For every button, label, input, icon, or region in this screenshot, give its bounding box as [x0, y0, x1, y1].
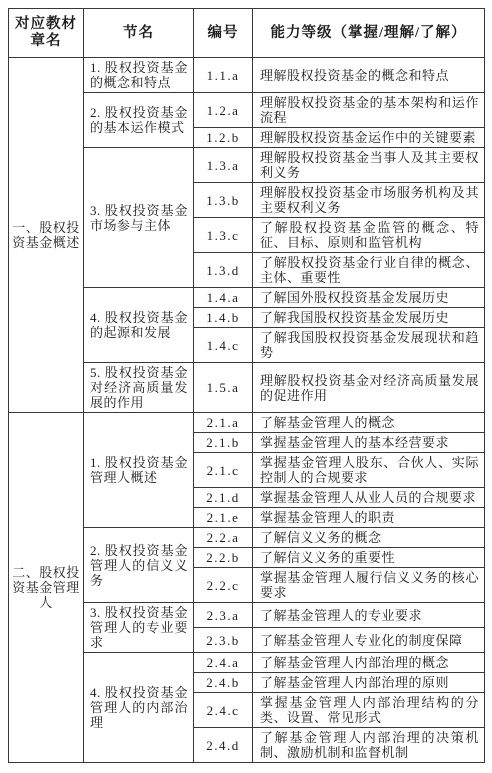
cell-capability: 了解基金管理人内部治理的原则: [253, 673, 485, 693]
cell-capability: 掌握基金管理人从业人员的合规要求: [253, 488, 485, 508]
cell-capability: 了解信义义务的概念: [253, 528, 485, 548]
cell-capability: 了解基金管理人的概念: [253, 413, 485, 433]
cell-capability: 掌握基金管理人内部治理结构的分类、设置、常见形式: [253, 693, 485, 728]
cell-code: 1.3.d: [194, 253, 253, 288]
cell-code: 2.4.c: [194, 693, 253, 728]
cell-capability: 了解信义义务的重要性: [253, 548, 485, 568]
cell-capability: 掌握基金管理人股东、合伙人、实际控制人的合规要求: [253, 453, 485, 488]
cell-capability: 理解股权投资基金对经济高质量发展的促进作用: [253, 363, 485, 413]
cell-code: 1.2.b: [194, 128, 253, 148]
cell-code: 1.3.c: [194, 218, 253, 253]
cell-section-name: 2. 股权投资基金管理人的信义义务: [84, 528, 194, 603]
cell-capability: 了解国外股权投资基金发展历史: [253, 288, 485, 308]
cell-capability: 掌握基金管理人的职责: [253, 508, 485, 528]
cell-section-name: 4. 股权投资基金的起源和发展: [84, 288, 194, 363]
cell-code: 2.4.d: [194, 728, 253, 763]
document-page: 对应教材 章名 节名 编号 能力等级（掌握/理解/了解） 一、股权投资基金概述1…: [0, 0, 492, 773]
syllabus-table-body: 一、股权投资基金概述1. 股权投资基金的概念和特点1.1.a理解股权投资基金的概…: [9, 58, 485, 763]
cell-chapter-name: 二、股权投资基金管理人: [9, 413, 84, 763]
cell-code: 2.2.c: [194, 568, 253, 603]
cell-section-name: 3. 股权投资基金市场参与主体: [84, 148, 194, 288]
cell-capability: 理解股权投资基金市场服务机构及其主要权利义务: [253, 183, 485, 218]
cell-code: 2.4.b: [194, 673, 253, 693]
cell-code: 2.1.b: [194, 433, 253, 453]
cell-code: 1.3.b: [194, 183, 253, 218]
cell-section-name: 1. 股权投资基金管理人概述: [84, 413, 194, 528]
cell-code: 2.3.b: [194, 628, 253, 653]
header-row: 对应教材 章名 节名 编号 能力等级（掌握/理解/了解）: [9, 9, 485, 58]
cell-capability: 了解我国股权投资基金发展现状和趋势: [253, 328, 485, 363]
cell-section-name: 1. 股权投资基金的概念和特点: [84, 58, 194, 93]
cell-code: 1.4.a: [194, 288, 253, 308]
cell-code: 2.3.a: [194, 603, 253, 628]
cell-code: 1.4.c: [194, 328, 253, 363]
cell-chapter-name: 一、股权投资基金概述: [9, 58, 84, 413]
cell-code: 1.4.b: [194, 308, 253, 328]
cell-capability: 了解股权投资基金监管的概念、特征、目标、原则和监管机构: [253, 218, 485, 253]
cell-capability: 理解股权投资基金当事人及其主要权利义务: [253, 148, 485, 183]
cell-capability: 了解基金管理人内部治理的概念: [253, 653, 485, 673]
cell-code: 1.2.a: [194, 93, 253, 128]
column-header-code: 编号: [194, 9, 253, 58]
cell-capability: 理解股权投资基金的概念和特点: [253, 58, 485, 93]
cell-section-name: 4. 股权投资基金管理人的内部治理: [84, 653, 194, 763]
column-header-capability: 能力等级（掌握/理解/了解）: [253, 9, 485, 58]
column-header-section: 节名: [84, 9, 194, 58]
cell-capability: 了解基金管理人内部治理的决策机制、激励机制和监督机制: [253, 728, 485, 763]
cell-capability: 了解我国股权投资基金发展历史: [253, 308, 485, 328]
cell-code: 2.2.b: [194, 548, 253, 568]
cell-code: 2.1.e: [194, 508, 253, 528]
column-header-chapter: 对应教材 章名: [9, 9, 84, 58]
cell-section-name: 3. 股权投资基金管理人的专业要求: [84, 603, 194, 653]
cell-code: 2.1.a: [194, 413, 253, 433]
syllabus-table: 对应教材 章名 节名 编号 能力等级（掌握/理解/了解） 一、股权投资基金概述1…: [8, 8, 485, 763]
cell-code: 1.3.a: [194, 148, 253, 183]
cell-capability: 理解股权投资基金的基本架构和运作流程: [253, 93, 485, 128]
cell-code: 1.1.a: [194, 58, 253, 93]
cell-capability: 掌握基金管理人的基本经营要求: [253, 433, 485, 453]
cell-code: 2.1.c: [194, 453, 253, 488]
cell-section-name: 5. 股权投资基金对经济高质量发展的作用: [84, 363, 194, 413]
cell-capability: 了解基金管理人的专业要求: [253, 603, 485, 628]
cell-code: 2.1.d: [194, 488, 253, 508]
cell-capability: 掌握基金管理人履行信义义务的核心要求: [253, 568, 485, 603]
cell-capability: 了解基金管理人专业化的制度保障: [253, 628, 485, 653]
cell-code: 1.5.a: [194, 363, 253, 413]
table-header: 对应教材 章名 节名 编号 能力等级（掌握/理解/了解）: [9, 9, 485, 58]
cell-capability: 了解股权投资基金行业自律的概念、主体、重要性: [253, 253, 485, 288]
cell-section-name: 2. 股权投资基金的基本运作模式: [84, 93, 194, 148]
cell-code: 2.4.a: [194, 653, 253, 673]
cell-code: 2.2.a: [194, 528, 253, 548]
cell-capability: 理解股权投资基金运作中的关键要素: [253, 128, 485, 148]
column-header-chapter-line1: 对应教材: [12, 16, 80, 33]
column-header-chapter-line2: 章名: [12, 33, 80, 50]
table-row: 一、股权投资基金概述1. 股权投资基金的概念和特点1.1.a理解股权投资基金的概…: [9, 58, 485, 93]
table-row: 二、股权投资基金管理人1. 股权投资基金管理人概述2.1.a了解基金管理人的概念: [9, 413, 485, 433]
